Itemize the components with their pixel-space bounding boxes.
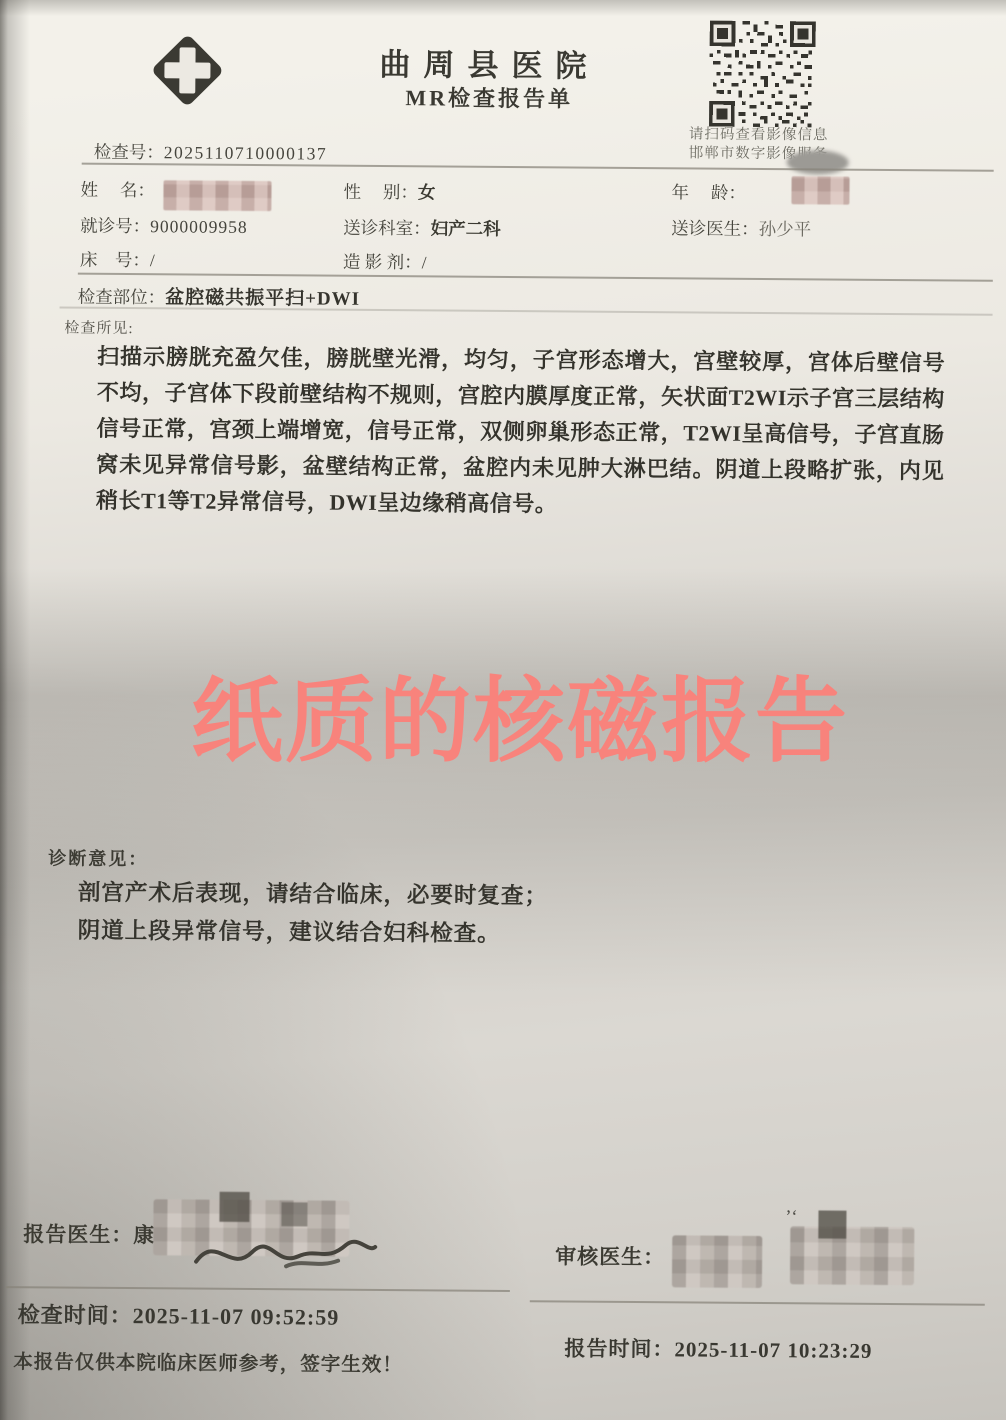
dept-row: 送诊科室：妇产二科 bbox=[343, 215, 501, 241]
report-time-value: 2025-11-07 10:23:29 bbox=[674, 1337, 872, 1363]
site-value: 盆腔磁共振平扫+DWI bbox=[165, 287, 360, 310]
report-time-label: 报告时间： bbox=[564, 1336, 674, 1361]
diagnosis-label: 诊断意见： bbox=[48, 844, 148, 871]
name-label: 姓 名： bbox=[80, 177, 155, 203]
exam-time-row: 检查时间：2025-11-07 09:52:59 bbox=[18, 1298, 340, 1332]
divider bbox=[82, 163, 994, 172]
dept-value: 妇产二科 bbox=[431, 218, 501, 239]
exam-time-value: 2025-11-07 09:52:59 bbox=[133, 1303, 340, 1330]
report-doctor-label: 报告医生： bbox=[23, 1222, 133, 1247]
referring-doctor-label: 送诊医生： bbox=[671, 218, 759, 239]
report-time-row: 报告时间：2025-11-07 10:23:29 bbox=[564, 1332, 872, 1364]
report-doctor-signature bbox=[190, 1222, 380, 1279]
contrast-value: / bbox=[422, 252, 427, 272]
report-doctor-row: 报告医生：康 bbox=[23, 1218, 155, 1249]
review-doctor-redaction-2 bbox=[790, 1226, 914, 1285]
exam-no-value: 2025110710000137 bbox=[164, 142, 328, 163]
report-title: MR检查报告单 bbox=[329, 81, 649, 115]
exam-time-label: 检查时间： bbox=[18, 1302, 133, 1328]
visit-no-row: 就诊号：9000009958 bbox=[80, 213, 248, 239]
age-label: 年 龄： bbox=[671, 179, 746, 205]
referring-doctor-row: 送诊医生：孙少平 bbox=[671, 215, 811, 241]
sex-value: 女 bbox=[418, 182, 436, 202]
sex-row: 性 别：女 bbox=[343, 179, 435, 205]
review-doctor-redaction bbox=[672, 1235, 762, 1288]
hospital-cross-icon bbox=[152, 32, 223, 109]
bed-no-row: 床 号：/ bbox=[80, 247, 155, 273]
visit-no-label: 就诊号： bbox=[80, 216, 150, 237]
divider bbox=[6, 1286, 510, 1292]
name-redaction bbox=[163, 180, 271, 211]
contrast-label: 造 影 剂： bbox=[343, 252, 422, 273]
site-label: 检查部位： bbox=[78, 287, 166, 308]
qr-code-icon bbox=[709, 21, 816, 128]
divider bbox=[78, 273, 993, 282]
dept-label: 送诊科室： bbox=[343, 218, 431, 239]
findings-text: 扫描示膀胱充盈欠佳，膀胱壁光滑，均匀，子宫形态增大，宫壁较厚，宫体后壁信号不均，… bbox=[96, 339, 945, 526]
findings-label: 检查所见: bbox=[64, 317, 133, 339]
exam-no-row: 检查号：2025110710000137 bbox=[94, 139, 328, 166]
hospital-name: 曲周县医院 bbox=[329, 39, 649, 87]
redaction-smudge bbox=[787, 150, 849, 174]
sex-label: 性 别： bbox=[343, 182, 418, 203]
contrast-row: 造 影 剂：/ bbox=[343, 249, 427, 275]
divider bbox=[60, 306, 993, 315]
review-doctor-label: 审核医生： bbox=[555, 1240, 665, 1271]
age-redaction bbox=[791, 176, 849, 204]
exam-no-label: 检查号： bbox=[94, 142, 164, 163]
handwriting-mark: ’‘ bbox=[785, 1206, 797, 1227]
referring-doctor-value: 孙少平 bbox=[759, 219, 812, 239]
diagnosis-line-1: 剖宫产术后表现，请结合临床，必要时复查； bbox=[78, 875, 548, 911]
watermark-text: 纸质的核磁报告 bbox=[160, 648, 880, 780]
diagnosis-line-2: 阴道上段异常信号，建议结合妇科检查。 bbox=[78, 913, 501, 948]
disclaimer-text: 本报告仅供本院临床医师参考，签字生效！ bbox=[13, 1346, 403, 1377]
bed-no-value: / bbox=[150, 250, 155, 270]
visit-no-value: 9000009958 bbox=[150, 216, 248, 237]
report-photo: 曲周县医院 MR检查报告单 bbox=[0, 0, 1006, 1420]
report-doctor-name: 康 bbox=[133, 1223, 155, 1247]
divider bbox=[530, 1300, 985, 1306]
bed-no-label: 床 号： bbox=[80, 250, 150, 271]
